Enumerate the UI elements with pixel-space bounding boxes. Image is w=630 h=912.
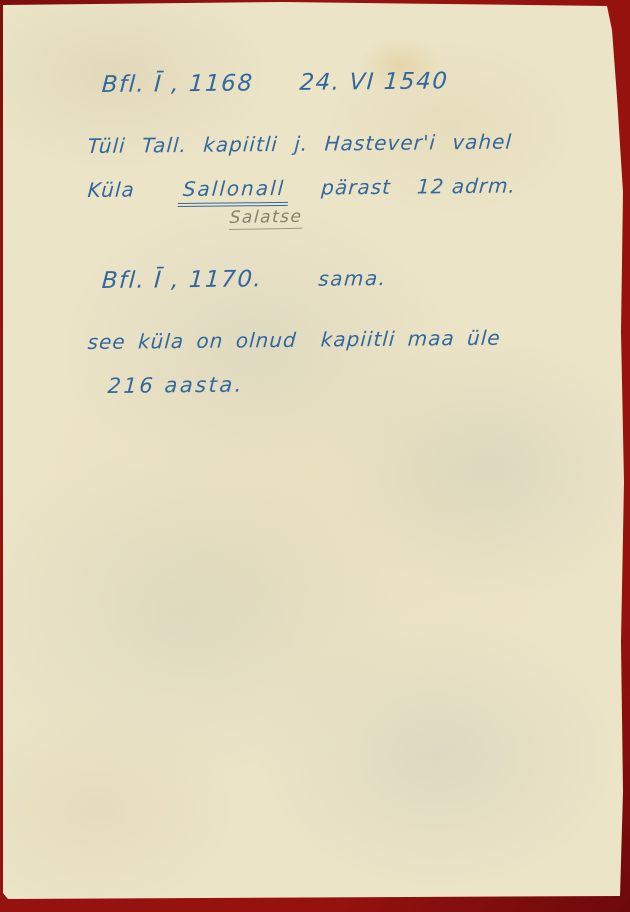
paper-sheet: Bfl. Ī , 116824. VI 1540 Tüli Tall. kapi… (3, 2, 624, 899)
entry1-reference-number: Bfl. Ī , 1168 (101, 70, 254, 98)
entry2-body-phrase2: kapiitli maa üle (320, 326, 501, 352)
entry2-reference-line: Bfl. Ī , 1170.sama. (101, 265, 387, 294)
entry1-title-text: Tüli Tall. kapiitli j. Hastever'i vahel (87, 130, 513, 158)
entry2-same-note: sama. (318, 266, 388, 291)
entry2-reference-number: Bfl. Ī , 1170. (101, 266, 263, 294)
entry1-date: 24. VI 1540 (299, 68, 449, 96)
scanned-note-page: Bfl. Ī , 116824. VI 1540 Tüli Tall. kapi… (0, 0, 630, 912)
village-word: Küla (87, 178, 136, 202)
entry2-body-line: see küla on olnudkapiitli maa üle (87, 326, 502, 354)
entry1-village-line: KülaSallonallpärast12 adrm. (87, 174, 517, 202)
parast-word: pärast (321, 175, 392, 200)
measure-word: 12 adrm. (416, 174, 516, 199)
placename-underlined: Sallonall (178, 176, 290, 207)
entry2-body-phrase1: see küla on olnud (87, 328, 298, 354)
entry1-title-line: Tüli Tall. kapiitli j. Hastever'i vahel (87, 130, 513, 158)
pencil-annotation: Salatse (229, 207, 303, 230)
entry1-reference-line: Bfl. Ī , 116824. VI 1540 (101, 68, 449, 98)
entry2-years-line: 216 aasta. (107, 373, 245, 398)
